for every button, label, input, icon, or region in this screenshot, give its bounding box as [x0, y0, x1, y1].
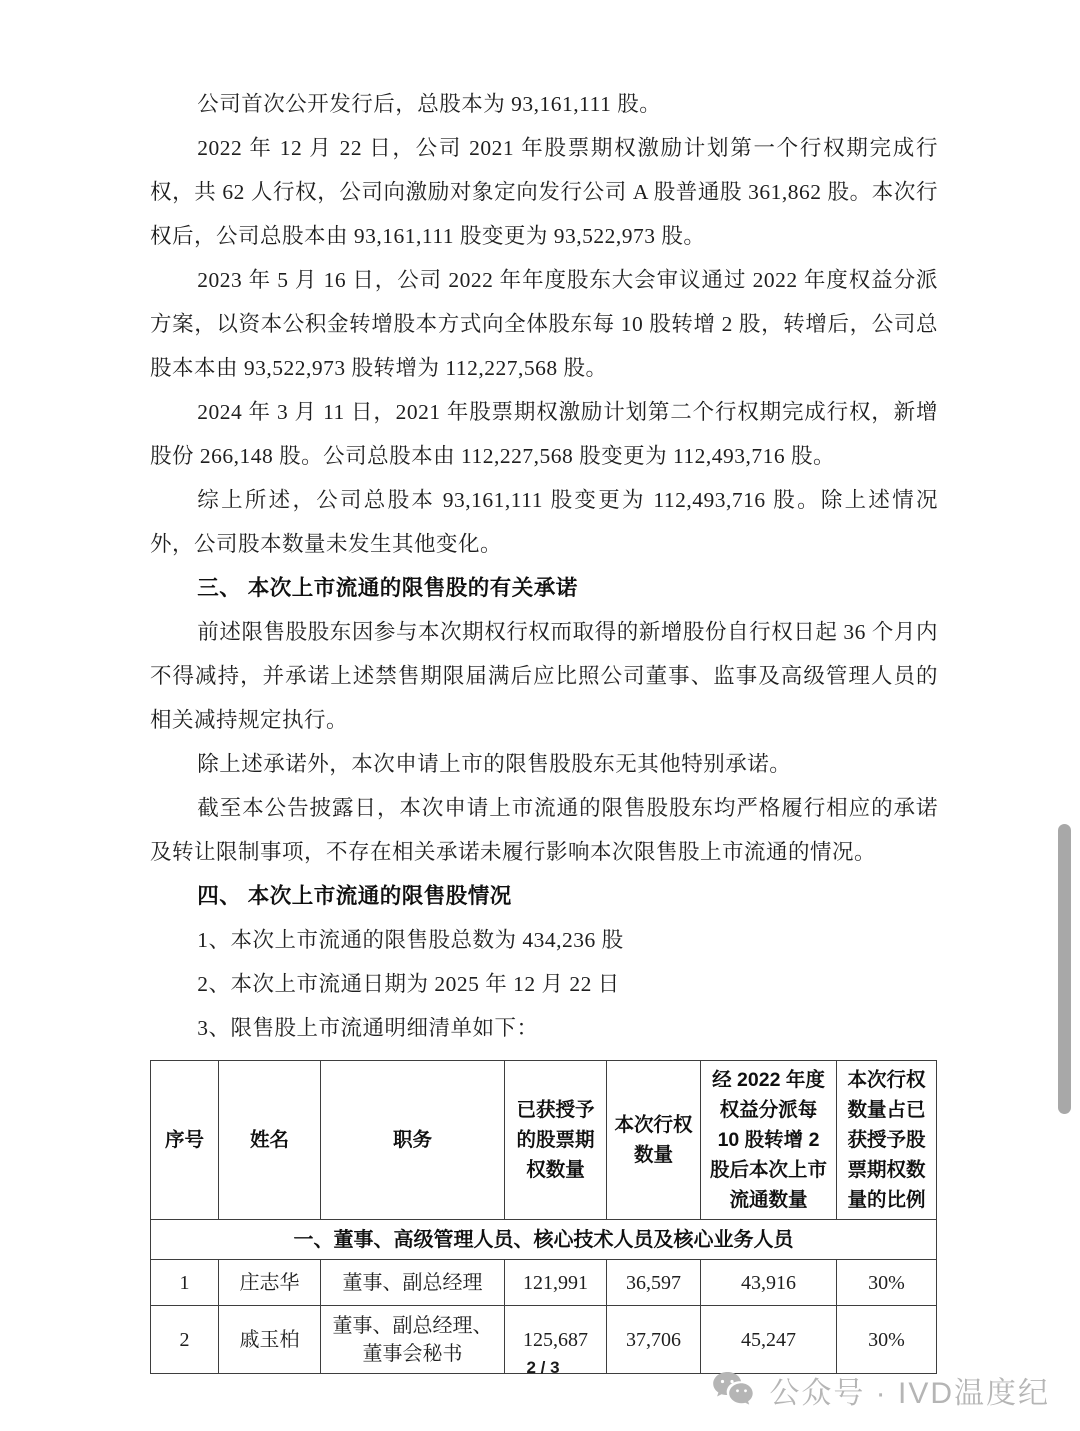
cell-post-dividend-amount: 43,916 [701, 1260, 837, 1306]
cell-position: 董事、副总经理 [321, 1260, 505, 1306]
restricted-shares-table: 序号 姓名 职务 已获授予的股票期权数量 本次行权数量 经 2022 年度权益分… [150, 1060, 937, 1374]
paragraph-commitment-lockup: 前述限售股股东因参与本次期权行权而取得的新增股份自行权日起 36 个月内不得减持… [150, 610, 938, 742]
cell-name: 庄志华 [219, 1260, 321, 1306]
table-row: 1 庄志华 董事、副总经理 121,991 36,597 43,916 30% [151, 1260, 937, 1306]
cell-exercise-ratio: 30% [837, 1260, 937, 1306]
document-body: 公司首次公开发行后，总股本为 93,161,111 股。 2022 年 12 月… [150, 82, 938, 1374]
scrollbar-thumb[interactable] [1058, 824, 1071, 1114]
table-header-index: 序号 [151, 1061, 219, 1220]
table-header-granted-options: 已获授予的股票期权数量 [505, 1061, 607, 1220]
paragraph-2023-dividend: 2023 年 5 月 16 日，公司 2022 年年度股东大会审议通过 2022… [150, 258, 938, 390]
document-page: { "colors": { "text": "#1e1e1e", "table_… [0, 0, 1080, 1431]
list-item-listing-date: 2、本次上市流通日期为 2025 年 12 月 22 日 [150, 962, 938, 1006]
list-item-total-shares: 1、本次上市流通的限售股总数为 434,236 股 [150, 918, 938, 962]
wechat-icon [711, 1371, 757, 1409]
table-header-position: 职务 [321, 1061, 505, 1220]
table-header-exercised-amount: 本次行权数量 [607, 1061, 701, 1220]
cell-index: 1 [151, 1260, 219, 1306]
table-section-row: 一、董事、高级管理人员、核心技术人员及核心业务人员 [151, 1220, 937, 1260]
list-item-detail-intro: 3、限售股上市流通明细清单如下： [150, 1006, 938, 1050]
paragraph-total-shares-ipo: 公司首次公开发行后，总股本为 93,161,111 股。 [150, 82, 938, 126]
table-header-post-dividend-amount: 经 2022 年度权益分派每 10 股转增 2 股后本次上市流通数量 [701, 1061, 837, 1220]
cell-exercised-amount: 36,597 [607, 1260, 701, 1306]
table-section-label: 一、董事、高级管理人员、核心技术人员及核心业务人员 [151, 1220, 937, 1260]
table-header-row: 序号 姓名 职务 已获授予的股票期权数量 本次行权数量 经 2022 年度权益分… [151, 1061, 937, 1220]
paragraph-commitment-fulfilled: 截至本公告披露日，本次申请上市流通的限售股股东均严格履行相应的承诺及转让限制事项… [150, 786, 938, 874]
paragraph-2024-exercise: 2024 年 3 月 11 日，2021 年股票期权激励计划第二个行权期完成行权… [150, 390, 938, 478]
section-heading-3: 三、 本次上市流通的限售股的有关承诺 [150, 566, 938, 610]
table-header-name: 姓名 [219, 1061, 321, 1220]
watermark-text: 公众号 · IVD温度纪 [769, 1368, 1050, 1412]
paragraph-summary: 综上所述，公司总股本 93,161,111 股变更为 112,493,716 股… [150, 478, 938, 566]
table-header-exercise-ratio: 本次行权数量占已获授予股票期权数量的比例 [837, 1061, 937, 1220]
cell-granted-options: 121,991 [505, 1260, 607, 1306]
paragraph-2022-exercise: 2022 年 12 月 22 日，公司 2021 年股票期权激励计划第一个行权期… [150, 126, 938, 258]
paragraph-no-other-commitment: 除上述承诺外，本次申请上市的限售股股东无其他特别承诺。 [150, 742, 938, 786]
section-heading-4: 四、 本次上市流通的限售股情况 [150, 874, 938, 918]
watermark: 公众号 · IVD温度纪 [711, 1368, 1050, 1412]
